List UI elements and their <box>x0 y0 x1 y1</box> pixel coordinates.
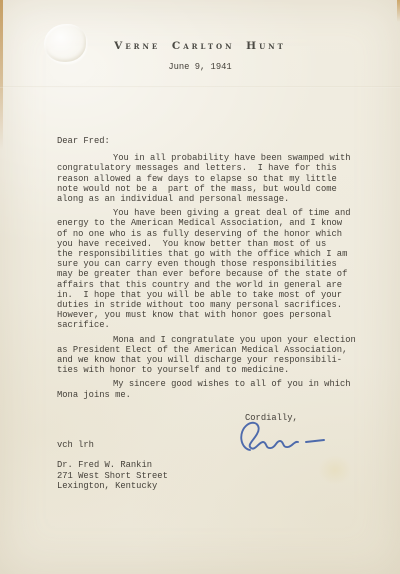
paragraph: Mona and I congratulate you upon your el… <box>57 335 351 376</box>
paper-crease <box>0 86 400 88</box>
scan-edge-left <box>0 0 3 150</box>
salutation: Dear Fred: <box>57 136 351 146</box>
letterhead-name: Verne Carlton Hunt <box>0 40 400 52</box>
paragraph: You in all probability have been swamped… <box>57 153 351 204</box>
date-line: June 9, 1941 <box>0 62 400 72</box>
signature-handwriting <box>236 420 332 454</box>
typist-initials: vch lrh <box>57 440 94 450</box>
letter-paper: Verne Carlton Hunt June 9, 1941 Dear Fre… <box>0 0 400 574</box>
recipient-address: Dr. Fred W. Rankin 271 West Short Street… <box>57 460 168 492</box>
paper-smudge <box>318 455 352 485</box>
letter-body: Dear Fred: You in all probability have b… <box>57 136 351 404</box>
letter-paragraphs: You in all probability have been swamped… <box>57 153 351 400</box>
paragraph: My sincere good wishes to all of you in … <box>57 379 351 399</box>
paragraph: You have been giving a great deal of tim… <box>57 208 351 330</box>
